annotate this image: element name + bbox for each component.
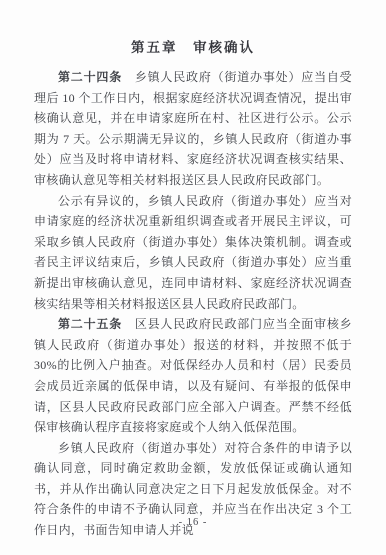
article-24-text: 乡镇人民政府（街道办事处）应当自受理后 10 个工作日内，根据家庭经济状况调查情…: [34, 70, 352, 187]
paragraph-2-text: 公示有异议的，乡镇人民政府（街道办事处）应当对申请家庭的经济状况重新组织调查或者…: [34, 194, 352, 311]
document-page: 第五章 审核确认 第二十四条 乡镇人民政府（街道办事处）应当自受理后 10 个工…: [0, 0, 386, 555]
page-number: - 16 -: [0, 517, 386, 528]
article-24-number: 第二十四条: [58, 70, 135, 84]
document-body: 第二十四条 乡镇人民政府（街道办事处）应当自受理后 10 个工作日内，根据家庭经…: [34, 67, 352, 541]
paragraph-article-25: 第二十五条 区县人民政府民政部门应当全面审核乡镇人民政府（街道办事处）报送的材料…: [34, 314, 352, 438]
paragraph-article-24: 第二十四条 乡镇人民政府（街道办事处）应当自受理后 10 个工作日内，根据家庭经…: [34, 67, 352, 191]
article-25-number: 第二十五条: [58, 317, 135, 331]
paragraph-article-24-objection: 公示有异议的，乡镇人民政府（街道办事处）应当对申请家庭的经济状况重新组织调查或者…: [34, 191, 352, 315]
article-25-text: 区县人民政府民政部门应当全面审核乡镇人民政府（街道办事处）报送的材料，并按照不低…: [34, 317, 352, 434]
chapter-heading: 第五章 审核确认: [34, 36, 352, 56]
